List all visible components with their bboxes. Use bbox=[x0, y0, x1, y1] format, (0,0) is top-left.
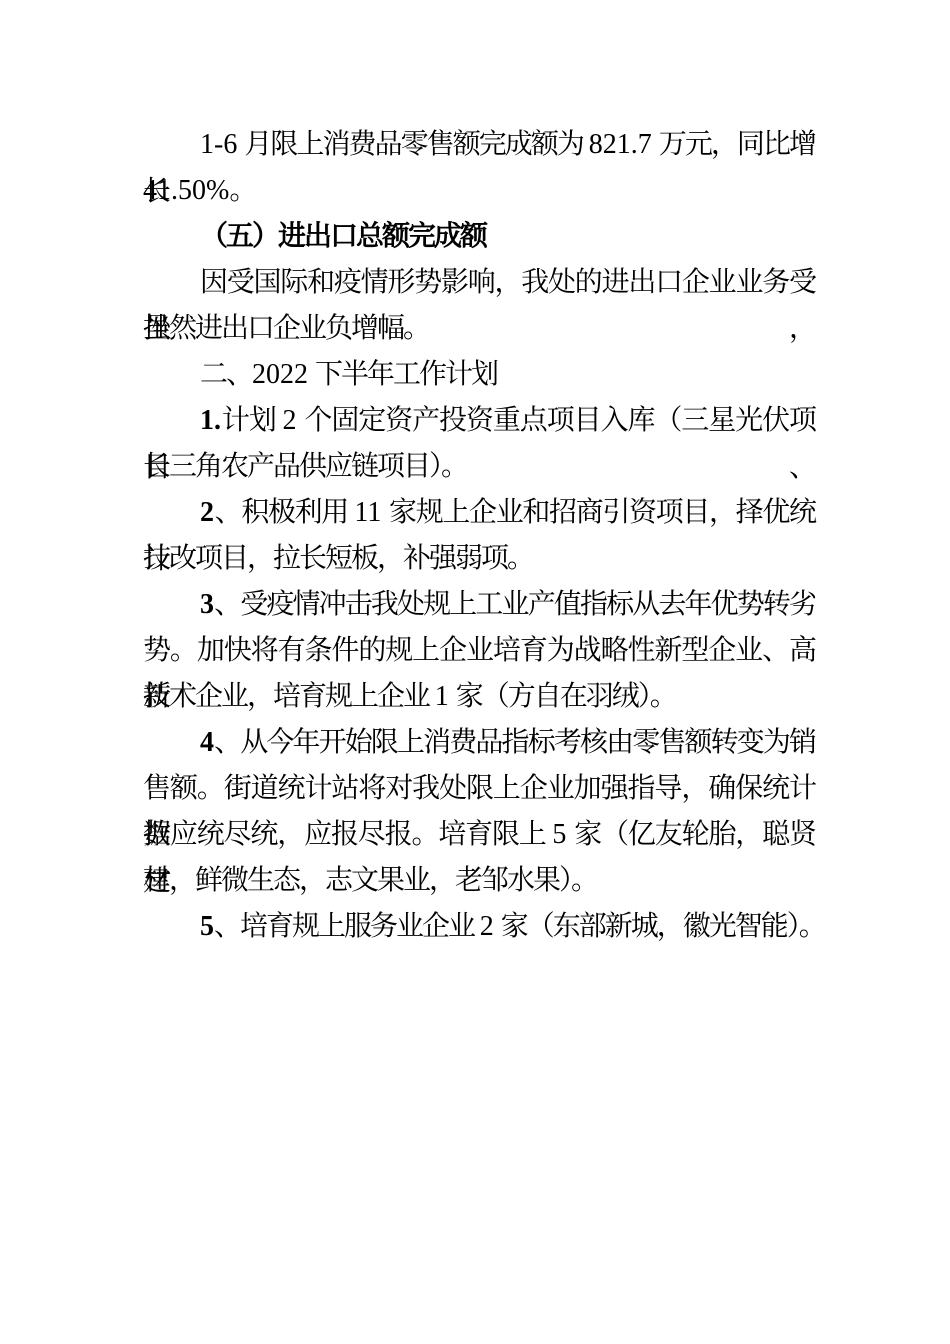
plan-item-4-line-2: 售额。街道统计站将对我处限上企业加强指导，确保统计数 bbox=[143, 765, 815, 811]
text-run-cn: 计划 bbox=[221, 404, 282, 435]
document-body: 1-6 月限上消费品零售额完成额为 821.7 万元，同比增长41.50%。（五… bbox=[143, 121, 815, 949]
text-run-cn-bold: （五）进出口总额完成额 bbox=[200, 220, 486, 251]
text-run-num-bold: 2 bbox=[200, 497, 214, 528]
text-run-num-bold: 1. bbox=[200, 405, 221, 436]
text-run-num: 5 bbox=[552, 819, 574, 850]
plan-item-5-line-1: 5、培育规上服务业企业 2 家（东部新城，徽光智能）。 bbox=[143, 903, 815, 949]
text-run-num-bold: 4 bbox=[200, 727, 214, 758]
text-run-cn: 、培育规上服务业企业 bbox=[214, 910, 480, 941]
text-run-cn: 据应统尽统，应报尽报。培育限上 bbox=[143, 818, 552, 849]
text-run-cn: 、积极利用 bbox=[214, 496, 354, 527]
heading-section-five-import-export: （五）进出口总额完成额 bbox=[143, 213, 815, 259]
text-run-num-bold: 3 bbox=[200, 589, 214, 620]
plan-item-4-line-3: 据应统尽统，应报尽报。培育限上 5 家（亿友轮胎，聪贤建 bbox=[143, 811, 815, 857]
text-run-num: 2022 bbox=[252, 359, 315, 390]
text-run-cn: 虽然进出口企业负增幅。 bbox=[143, 312, 429, 343]
text-run-num: 41.50% bbox=[143, 175, 229, 206]
text-run-cn: 材，鲜微生态，志文果业，老邹水果）。 bbox=[143, 864, 597, 895]
plan-item-3-line-1: 3、受疫情冲击我处规上工业产值指标从去年优势转劣 bbox=[143, 581, 815, 627]
retail-sales-line-2: 41.50%。 bbox=[143, 167, 815, 213]
text-run-cn: 、受疫情冲击我处规上工业产值指标从去年优势转劣 bbox=[214, 588, 815, 619]
text-run-cn: 技术企业，培育规上企业 bbox=[143, 680, 435, 711]
text-run-num-bold: 5 bbox=[200, 911, 214, 942]
text-run-cn: 月限上消费品零售额完成额为 bbox=[244, 128, 588, 159]
heading-2022-second-half-plan: 二、2022 下半年工作计划 bbox=[143, 351, 815, 397]
text-run-num: 1 bbox=[435, 681, 456, 712]
text-run-num: 821.7 bbox=[589, 129, 659, 160]
text-run-cn: 家（方自在羽绒）。 bbox=[456, 680, 676, 711]
import-export-line-1: 因受国际和疫情形势影响，我处的进出口企业业务受挫， bbox=[143, 259, 815, 305]
plan-item-4-line-1: 4、从今年开始限上消费品指标考核由零售额转变为销 bbox=[143, 719, 815, 765]
text-run-cn: 家（东部新城，徽光智能）。 bbox=[501, 910, 825, 941]
text-run-num: 2 bbox=[480, 911, 501, 942]
plan-item-2-line-2: 技改项目，拉长短板，补强弱项。 bbox=[143, 535, 815, 581]
text-run-cn: 。 bbox=[229, 174, 255, 205]
text-run-num: 2 bbox=[282, 405, 304, 436]
text-run-cn-serif: 下半年工作计划 bbox=[315, 359, 497, 390]
plan-item-3-line-3: 技术企业，培育规上企业 1 家（方自在羽绒）。 bbox=[143, 673, 815, 719]
plan-item-1-line-1: 1.计划 2 个固定资产投资重点项目入库（三星光伏项目、 bbox=[143, 397, 815, 443]
text-run-num: 11 bbox=[354, 497, 389, 528]
retail-sales-line-1: 1-6 月限上消费品零售额完成额为 821.7 万元，同比增长 bbox=[143, 121, 815, 167]
plan-item-3-line-2: 势。加快将有条件的规上企业培育为战略性新型企业、高新 bbox=[143, 627, 815, 673]
plan-item-2-line-1: 2、积极利用 11 家规上企业和招商引资项目，择优统计 bbox=[143, 489, 815, 535]
document-page: 1-6 月限上消费品零售额完成额为 821.7 万元，同比增长41.50%。（五… bbox=[0, 0, 950, 1344]
text-run-cn: 技改项目，拉长短板，补强弱项。 bbox=[143, 542, 533, 573]
text-run-cn: 长三角农产品供应链项目）。 bbox=[143, 450, 467, 481]
text-run-cn-serif: 二、 bbox=[200, 359, 252, 390]
plan-item-4-line-4: 材，鲜微生态，志文果业，老邹水果）。 bbox=[143, 857, 815, 903]
text-run-num: 1-6 bbox=[200, 129, 244, 160]
text-run-cn: 、从今年开始限上消费品指标考核由零售额转变为销 bbox=[214, 726, 815, 757]
